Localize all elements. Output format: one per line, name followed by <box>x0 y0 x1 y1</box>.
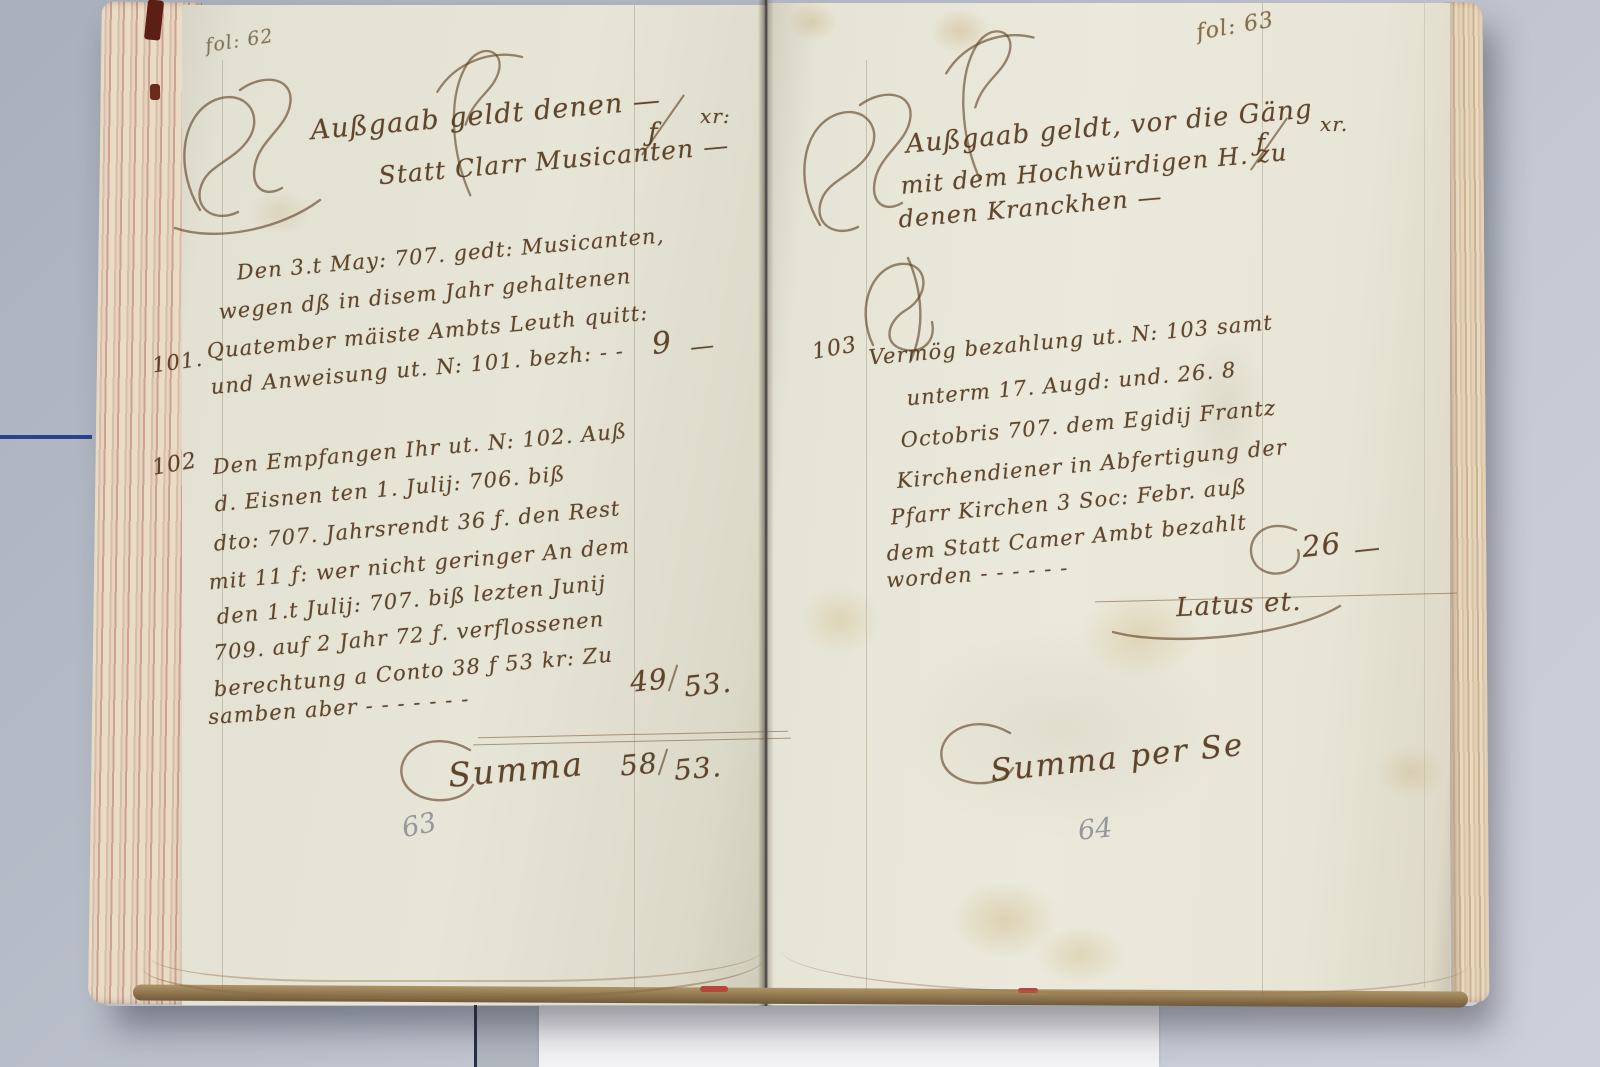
stack-dark-red-mark-2 <box>150 84 160 100</box>
right-page-edge-rule <box>1424 3 1425 988</box>
bottom-edge-red-speck-1 <box>700 986 728 992</box>
entry-amount-florins: 9 <box>650 325 674 362</box>
left-summa-florins: 58 <box>619 746 660 782</box>
left-summa-kreuzer: 53. <box>673 750 724 787</box>
entry-amount-kreuzer: — <box>689 331 717 361</box>
right-pencil-note: 64 <box>1076 812 1113 846</box>
gray-card <box>477 1004 539 1067</box>
left-col-kreuzer: xr: <box>700 104 731 128</box>
right-amount-flourish <box>1236 520 1306 580</box>
entry-amount-florins: 49 <box>628 662 669 699</box>
left-col-florin: ƒ <box>648 118 659 148</box>
entry-amount-kreuzer: 53. <box>682 666 733 704</box>
book-gutter <box>758 0 774 1006</box>
blue-table-line <box>0 435 92 439</box>
entry-amount-kreuzer: — <box>1353 533 1383 566</box>
left-header-monogram-flourish <box>170 70 330 240</box>
bottom-edge-red-speck-2 <box>1018 988 1038 993</box>
entry-amount-florins: 26 <box>1300 526 1342 564</box>
right-col-kreuzer: xr. <box>1320 112 1348 136</box>
white-paper-sheet <box>539 1006 1159 1067</box>
page-stack-right-edge <box>1445 2 1490 1002</box>
manuscript-photo: fol: 62 Außgaab geldt denen — Statt Clar… <box>0 0 1600 1067</box>
right-col-florin: ƒ <box>1256 128 1266 157</box>
